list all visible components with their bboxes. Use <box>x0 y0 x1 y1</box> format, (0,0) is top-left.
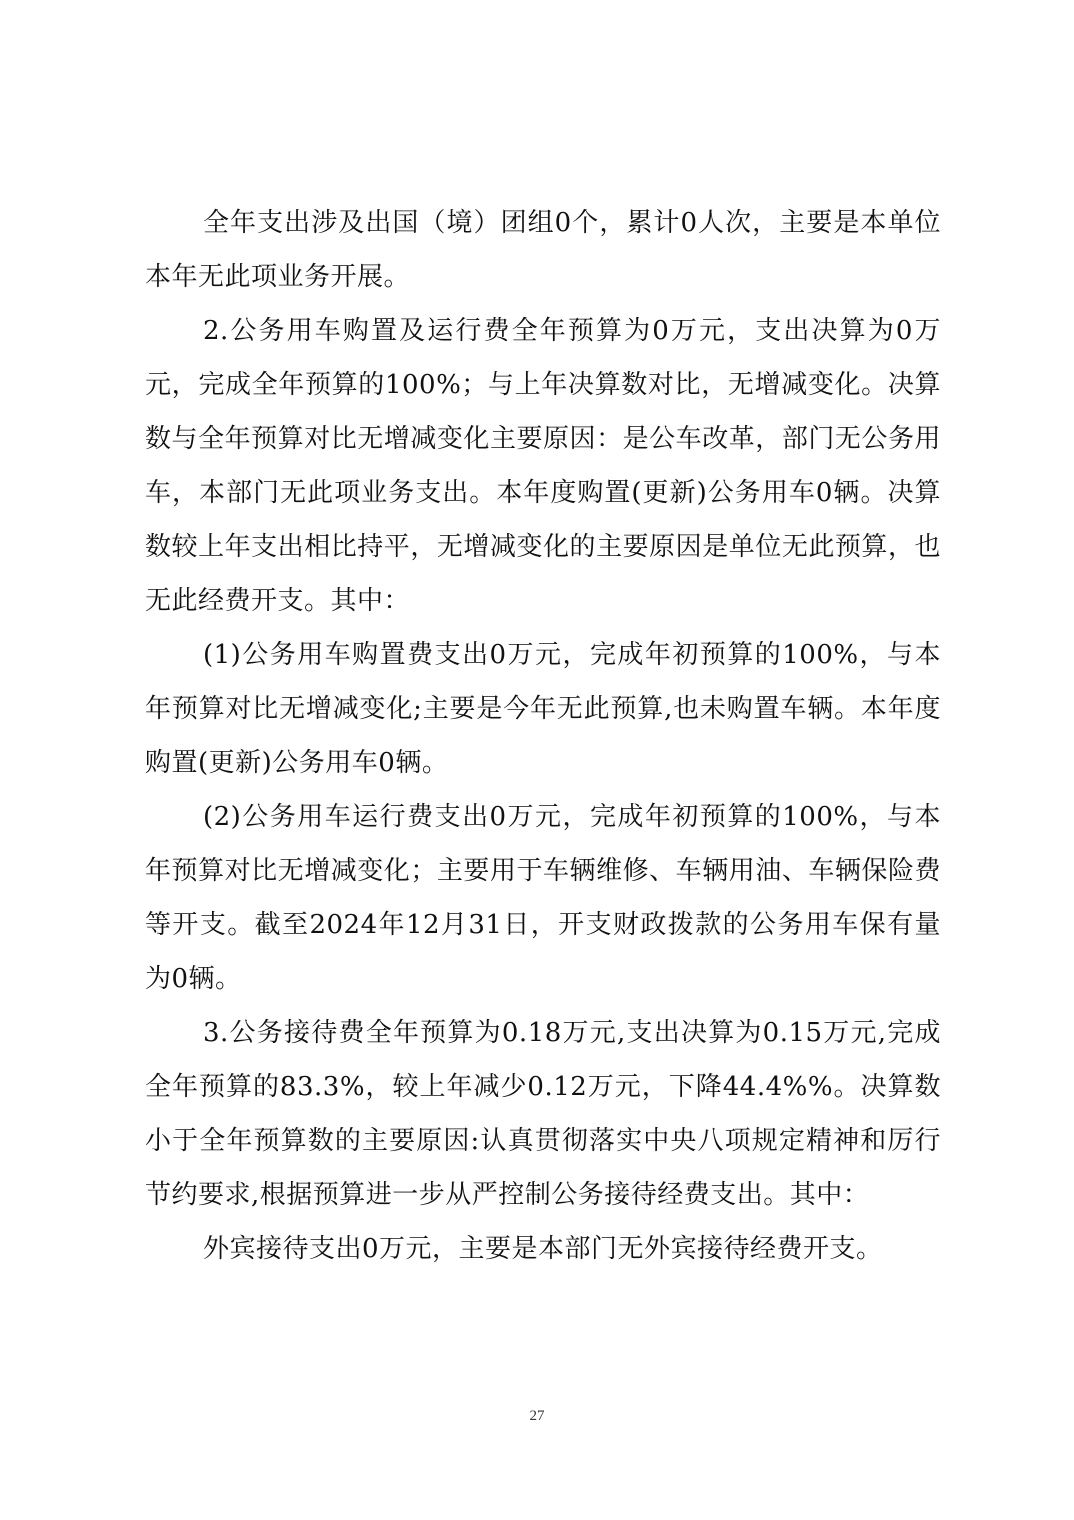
paragraph-vehicle-purchase: (1)公务用车购置费支出0万元，完成年初预算的100%，与本年预算对比无增减变化… <box>145 628 941 790</box>
page-number: 27 <box>0 1408 1074 1425</box>
paragraph-vehicle-operation: (2)公务用车运行费支出0万元，完成年初预算的100%，与本年预算对比无增减变化… <box>145 790 941 1006</box>
document-body: 全年支出涉及出国（境）团组0个，累计0人次，主要是本单位本年无此项业务开展。 2… <box>145 196 941 1276</box>
paragraph-foreign-guest-reception: 外宾接待支出0万元，主要是本部门无外宾接待经费开支。 <box>145 1222 941 1276</box>
document-page: 全年支出涉及出国（境）团组0个，累计0人次，主要是本单位本年无此项业务开展。 2… <box>0 0 1074 1520</box>
paragraph-vehicle-expenses: 2.公务用车购置及运行费全年预算为0万元，支出决算为0万元，完成全年预算的100… <box>145 304 941 628</box>
paragraph-overseas-trips: 全年支出涉及出国（境）团组0个，累计0人次，主要是本单位本年无此项业务开展。 <box>145 196 941 304</box>
paragraph-reception-expenses: 3.公务接待费全年预算为0.18万元,支出决算为0.15万元,完成全年预算的83… <box>145 1006 941 1222</box>
